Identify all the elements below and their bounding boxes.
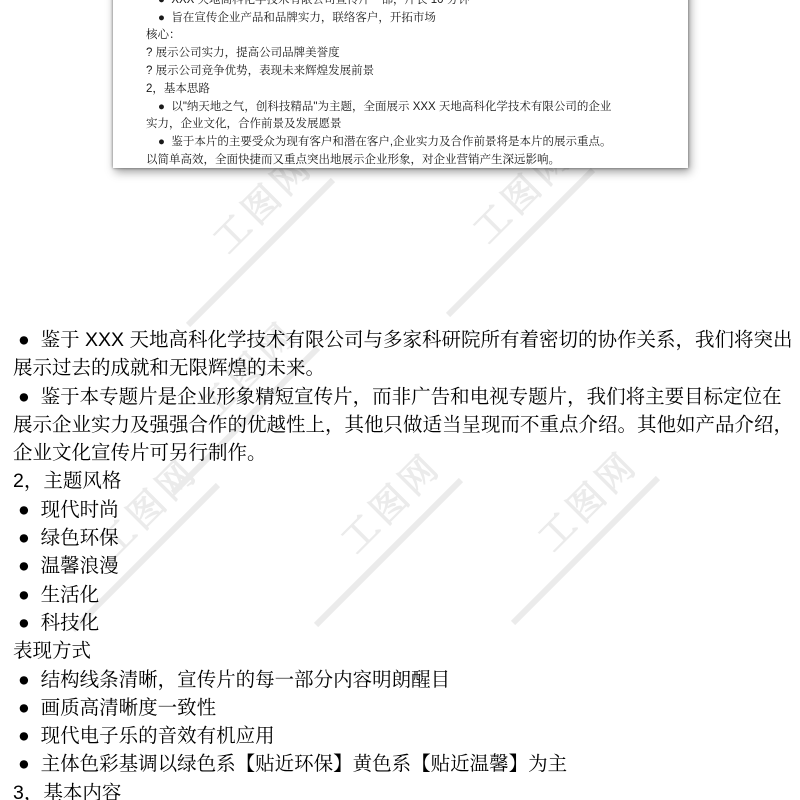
doc-line: ● 鉴于 XXX 天地高科化学技术有限公司与多家科研院所有着密切的协作关系，我们… (13, 326, 800, 354)
doc-line: ● 温馨浪漫 (13, 552, 800, 580)
doc-line: ● 生活化 (13, 581, 800, 609)
card-line: 2，基本思路 (146, 81, 662, 99)
card-line: ● 旨在宣传企业产品和品牌实力，联络客户，开拓市场 (146, 10, 662, 28)
card-line: 实力，企业文化，合作前景及发展愿景 (146, 116, 662, 134)
doc-line: 展示过去的成就和无限辉煌的未来。 (13, 354, 800, 382)
card-line: ? 展示公司实力，提高公司品牌美誉度 (146, 45, 662, 63)
doc-line: 企业文化宣传片可另行制作。 (13, 439, 800, 467)
card-line: 核心： (146, 27, 662, 45)
document-body: ● 鉴于 XXX 天地高科化学技术有限公司与多家科研院所有着密切的协作关系，我们… (0, 326, 800, 800)
doc-line: ● 绿色环保 (13, 524, 800, 552)
doc-line: 3，基本内容 (13, 779, 800, 800)
card-line: ? 展示公司竞争优势，表现未来辉煌发展前景 (146, 63, 662, 81)
card-line: ● XXX 天地高科化学技术有限公司宣传片一部，片长 10 分钟 (146, 0, 662, 10)
card-line: 以简单高效，全面快捷而又重点突出地展示企业形象，对企业营销产生深远影响。 (146, 152, 662, 168)
doc-line: 2，主题风格 (13, 467, 800, 495)
doc-line: 表现方式 (13, 637, 800, 665)
doc-line: ● 鉴于本专题片是企业形象精短宣传片，而非广告和电视专题片，我们将主要目标定位在 (13, 383, 800, 411)
doc-line: ● 现代电子乐的音效有机应用 (13, 722, 800, 750)
doc-line: ● 主体色彩基调以绿色系【贴近环保】黄色系【贴近温馨】为主 (13, 750, 800, 778)
doc-line: ● 科技化 (13, 609, 800, 637)
card-line: ● 以"纳天地之气，创科技精品"为主题，全面展示 XXX 天地高科化学技术有限公… (146, 99, 662, 117)
doc-line: 展示企业实力及强强合作的优越性上，其他只做适当呈现而不重点介绍。其他如产品介绍， (13, 411, 800, 439)
summary-card: ● XXX 天地高科化学技术有限公司宣传片一部，片长 10 分钟 ● 旨在宣传企… (113, 0, 688, 168)
card-line: ● 鉴于本片的主要受众为现有客户和潜在客户,企业实力及合作前景将是本片的展示重点… (146, 134, 662, 152)
doc-line: ● 画质高清晰度一致性 (13, 694, 800, 722)
doc-line: ● 现代时尚 (13, 496, 800, 524)
document-page: 工图网 工图网 工图网 工图网 工图网 工图网 ● XXX 天地高科化学技术有限… (0, 0, 800, 800)
doc-line: ● 结构线条清晰，宣传片的每一部分内容明朗醒目 (13, 666, 800, 694)
